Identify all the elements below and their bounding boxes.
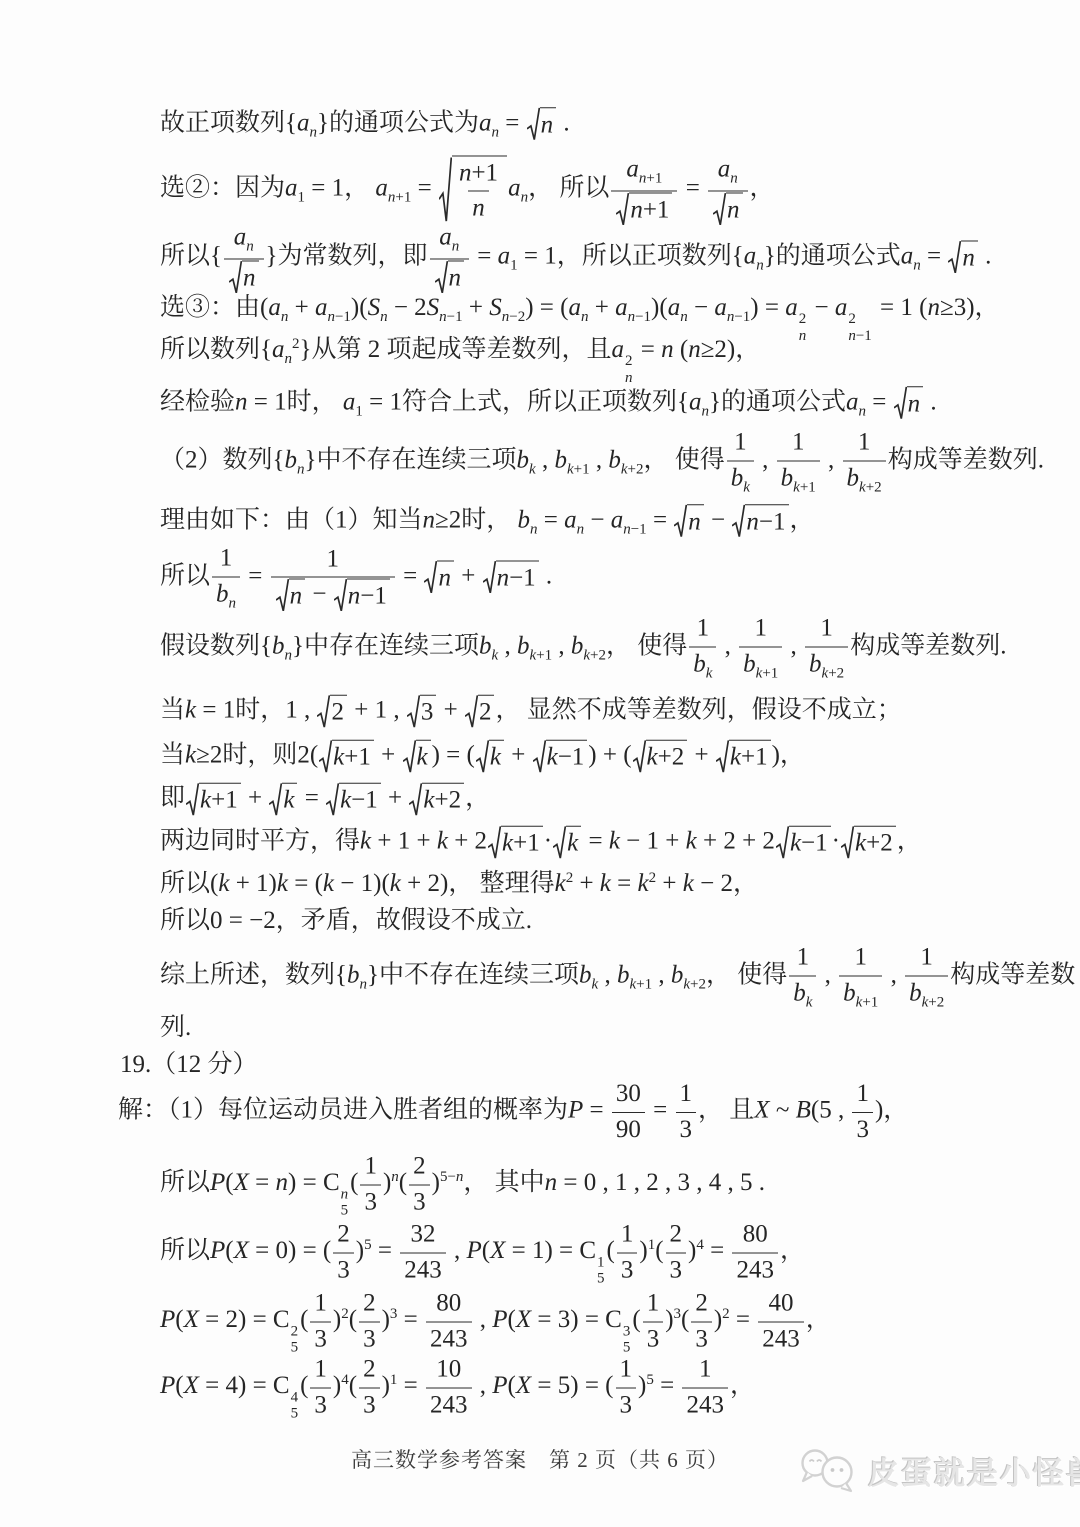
sup-sub-stack: 15	[597, 1254, 605, 1287]
subscript: n	[246, 238, 254, 254]
subscript: n	[701, 403, 709, 419]
sqrt-radical: k	[476, 740, 504, 775]
subscript: n	[285, 351, 293, 367]
fraction: 23	[359, 1288, 380, 1356]
sqrt-radical: k	[269, 783, 297, 818]
sup-sub-stack: 35	[623, 1323, 631, 1356]
subscript: n	[858, 403, 866, 419]
fraction: 1bk+1	[739, 613, 782, 684]
sqrt-radical: n−1	[334, 579, 390, 614]
math-line-8: 理由如下：由（1）知当n≥2时， bn = an − an−1 = n − n−…	[160, 504, 815, 540]
subscript: n	[913, 258, 921, 274]
fraction: 1243	[682, 1354, 728, 1422]
sqrt-radical: k−1	[533, 740, 588, 775]
fraction: 1bk+2	[905, 942, 948, 1013]
subscript: n	[285, 648, 293, 664]
math-line-2: 选②：因为a1 = 1， an+1 = n+1nan， 所以an+1n+1 = …	[160, 153, 775, 226]
subscript: 1	[298, 190, 306, 206]
fraction: 13	[310, 1354, 331, 1422]
subscript: k	[806, 994, 813, 1010]
subscript: n	[756, 258, 764, 274]
subscript: k	[592, 977, 599, 993]
subscript: k+1	[529, 648, 552, 664]
subscript: n	[380, 309, 388, 325]
math-line-22: 所以P(X = 0) = (23)5 = 32243 , P(X = 1) = …	[160, 1219, 805, 1288]
superscript: 2	[649, 870, 657, 886]
superscript: 5	[646, 1372, 654, 1388]
math-line-5: 所以数列{an2}从第 2 项起成等差数列，且a2n = n (n≥2)，	[160, 334, 760, 386]
subscript: n−1	[628, 309, 651, 325]
subscript: n	[452, 238, 460, 254]
math-line-14: 两边同时平方，得k + 1 + k + 2k+1·k = k − 1 + k +…	[160, 826, 922, 861]
sqrt-radical: k−1	[776, 826, 831, 861]
superscript: 1	[648, 1237, 656, 1253]
math-line-3: 所以{ann}为常数列，即ann = a1 = 1，所以正项数列{an}的通项公…	[160, 221, 991, 294]
subscript: k+1	[567, 462, 590, 478]
fraction: 13	[617, 1219, 638, 1287]
subscript: n	[521, 190, 529, 206]
subscript: n	[492, 124, 500, 140]
fraction: ann	[224, 221, 264, 294]
sup-sub-stack: 2n	[625, 353, 633, 386]
sup-sub-stack: 45	[291, 1389, 299, 1422]
subscript: k+2	[583, 648, 606, 664]
fraction: 1bk+1	[839, 942, 882, 1013]
subscript: k+2	[621, 462, 644, 478]
subscript: k	[743, 479, 750, 495]
sup-sub-stack: 2n	[799, 311, 807, 344]
superscript: 5	[364, 1237, 372, 1253]
subscript: k	[492, 648, 499, 664]
sqrt-radical: k+2	[841, 826, 896, 861]
fraction: 1bk+1	[777, 427, 820, 498]
subscript: 1	[510, 258, 518, 274]
fraction: an+1n+1	[611, 153, 677, 226]
math-line-9: 所以1bn = 1n − n−1 = n + n−1 .	[160, 543, 552, 614]
subscript: k+2	[859, 479, 882, 495]
math-line-6: 经检验n = 1时， a1 = 1符合上式，所以正项数列{an}的通项公式an …	[160, 386, 937, 422]
sqrt-radical: k	[553, 826, 581, 861]
fraction: 13	[616, 1354, 637, 1422]
fraction: 40243	[758, 1288, 804, 1356]
superscript: 4	[696, 1237, 704, 1253]
math-line-19: 19.（12 分）	[120, 1049, 258, 1082]
sqrt-radical: k	[403, 740, 431, 775]
subscript: n	[229, 595, 237, 611]
sqrt-radical: k+1	[488, 826, 543, 861]
subscript: n	[530, 521, 538, 537]
superscript: 5−n	[440, 1169, 463, 1185]
fraction: 13	[360, 1151, 381, 1219]
superscript: 3	[390, 1306, 398, 1322]
sqrt-radical: n−1	[732, 504, 788, 539]
fraction: 1bk	[727, 427, 754, 498]
superscript: 2	[341, 1306, 349, 1322]
math-line-20: 解：（1）每位运动员进入胜者组的概率为P = 3090 = 13， 且X ~ B…	[118, 1078, 908, 1146]
sqrt-radical: k+2	[633, 740, 688, 775]
watermark-text: 皮蛋就是小怪兽	[868, 1448, 1080, 1493]
page: 高三数学参考答案 第 2 页（共 6 页） 皮蛋就是小怪兽 故正项数列{an}的…	[0, 0, 1080, 1527]
fraction: 1bk	[789, 942, 816, 1013]
fraction: 1bn	[212, 543, 240, 614]
math-line-17: 综上所述，数列{bn}中不存在连续三项bk , bk+1 , bk+2， 使得1…	[160, 942, 1075, 1013]
subscript: n−2	[502, 309, 525, 325]
fraction: 13	[643, 1288, 664, 1356]
fraction: 13	[676, 1078, 697, 1146]
sqrt-radical: n	[229, 260, 259, 295]
math-line-7: （2）数列{bn}中不存在连续三项bk , bk+1 , bk+2， 使得1bk…	[160, 427, 1044, 498]
subscript: n	[680, 309, 688, 325]
fraction: 3090	[612, 1078, 645, 1146]
subscript: n+1	[388, 190, 411, 206]
sqrt-radical: n	[276, 579, 306, 614]
fraction: 1n − n−1	[271, 543, 395, 613]
subscript: n	[360, 977, 368, 993]
subscript: n−1	[727, 309, 750, 325]
math-line-18: 列.	[160, 1012, 191, 1045]
chat-bubbles-icon	[798, 1446, 860, 1494]
sqrt-radical: n	[674, 504, 704, 539]
subscript: n	[730, 170, 738, 186]
fraction: 1bk+2	[805, 613, 848, 684]
subscript: n−1	[623, 521, 646, 537]
subscript: n	[577, 521, 585, 537]
math-line-11: 当k = 1时，1 , 2 + 1 , 3 + 2， 显然不成等差数列，假设不成…	[160, 695, 902, 730]
math-line-13: 即k+1 + k = k−1 + k+2，	[160, 783, 490, 818]
subscript: k+1	[856, 994, 879, 1010]
fraction: 23	[666, 1219, 687, 1287]
fraction: 1bk+2	[843, 427, 886, 498]
subscript: n	[310, 124, 318, 140]
fraction: ann	[430, 221, 470, 294]
sqrt-radical: n	[948, 241, 978, 276]
fraction: n+1n	[455, 157, 502, 225]
math-line-23: P(X = 2) = C25(13)2(23)3 = 80243 , P(X =…	[160, 1288, 831, 1357]
sqrt-radical: k+2	[409, 783, 464, 818]
sqrt-radical: k+1	[186, 783, 241, 818]
sqrt-radical: n+1n	[439, 155, 507, 225]
subscript: n−1	[327, 309, 350, 325]
fraction: 13	[310, 1288, 331, 1356]
fraction: 32243	[400, 1219, 446, 1287]
sqrt-radical: n−1	[483, 561, 539, 596]
fraction: 23	[359, 1354, 380, 1422]
subscript: k	[706, 665, 713, 681]
superscript: 3	[674, 1306, 682, 1322]
sqrt-radical: 3	[407, 695, 437, 730]
subscript: k+2	[683, 977, 706, 993]
fraction: 80243	[426, 1288, 472, 1356]
superscript: 2	[292, 336, 300, 352]
math-line-24: P(X = 4) = C45(13)4(23)1 = 10243 , P(X =…	[160, 1354, 755, 1423]
subscript: n−1	[439, 309, 462, 325]
superscript: 2	[566, 870, 574, 886]
superscript: n	[391, 1169, 399, 1185]
subscript: k+1	[756, 665, 779, 681]
fraction: ann	[708, 153, 748, 226]
subscript: n	[581, 309, 589, 325]
watermark: 皮蛋就是小怪兽	[798, 1446, 1080, 1494]
fraction: 13	[852, 1078, 873, 1146]
sup-sub-stack: 2n−1	[848, 311, 871, 344]
math-line-10: 假设数列{bn}中存在连续三项bk , bk+1 , bk+2， 使得1bk ,…	[160, 613, 1006, 684]
sqrt-radical: k−1	[326, 783, 381, 818]
math-line-16: 所以0 = −2，矛盾，故假设不成立.	[160, 905, 532, 938]
fraction: 10243	[426, 1354, 472, 1422]
subscript: k+1	[793, 479, 816, 495]
subscript: k+1	[629, 977, 652, 993]
math-line-15: 所以(k + 1)k = (k − 1)(k + 2)， 整理得k2 + k =…	[160, 868, 758, 901]
sqrt-radical: 2	[465, 695, 495, 730]
fraction: 80243	[732, 1219, 778, 1287]
subscript: k+2	[922, 994, 945, 1010]
subscript: 1	[355, 403, 363, 419]
fraction: 23	[691, 1288, 712, 1356]
fraction: 1bk	[689, 613, 716, 684]
math-line-12: 当k≥2时，则2(k+1 + k) = (k + k−1) + (k+2 + k…	[160, 740, 805, 775]
subscript: k	[529, 462, 536, 478]
subscript: n	[281, 309, 289, 325]
sup-sub-stack: n5	[341, 1186, 349, 1219]
sqrt-radical: 2	[317, 695, 347, 730]
sup-sub-stack: 25	[291, 1323, 299, 1356]
math-line-21: 所以P(X = n) = Cn5(13)n(23)5−n， 其中n = 0 , …	[160, 1151, 765, 1220]
math-line-1: 故正项数列{an}的通项公式为an = n .	[160, 107, 570, 143]
sqrt-radical: k+1	[319, 740, 374, 775]
superscript: 2	[722, 1306, 730, 1322]
subscript: k+2	[822, 665, 845, 681]
fraction: 23	[333, 1219, 354, 1287]
sqrt-radical: n	[527, 107, 557, 142]
subscript: n	[297, 462, 305, 478]
fraction: 23	[409, 1151, 430, 1219]
superscript: 4	[341, 1372, 349, 1388]
subscript: n+1	[639, 170, 662, 186]
superscript: 1	[390, 1372, 398, 1388]
sqrt-radical: k+1	[716, 740, 771, 775]
sqrt-radical: n	[894, 386, 924, 421]
sqrt-radical: n	[435, 260, 465, 295]
sqrt-radical: n	[424, 561, 454, 596]
